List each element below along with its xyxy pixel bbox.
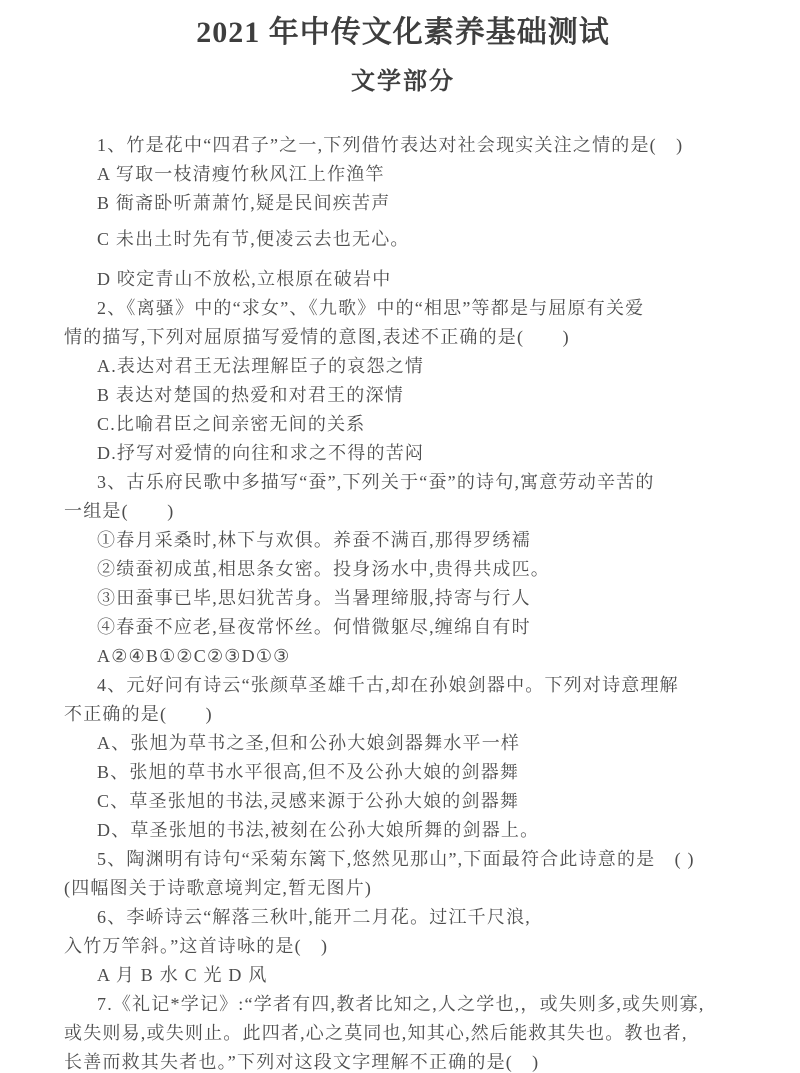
question-1-stem: 1、竹是花中“四君子”之一,下列借竹表达对社会现实关注之情的是( ) xyxy=(64,131,742,160)
document-page: 2021 年中传文化素养基础测试 文学部分 1、竹是花中“四君子”之一,下列借竹… xyxy=(0,0,800,1073)
question-4-stem-line-1: 4、元好问有诗云“张颜草圣雄千古,却在孙娘剑器中。下列对诗意理解 xyxy=(64,671,742,700)
question-6: 6、李峤诗云“解落三秋叶,能开二月花。过江千尺浪, 入竹万竿斜。”这首诗咏的是(… xyxy=(64,903,742,990)
question-4-option-a: A、张旭为草书之圣,但和公孙大娘剑器舞水平一样 xyxy=(64,729,742,758)
question-2-option-a: A.表达对君王无法理解臣子的哀怨之情 xyxy=(64,352,742,381)
section-title: 文学部分 xyxy=(64,67,742,97)
question-4-option-d: D、草圣张旭的书法,被刻在公孙大娘所舞的剑器上。 xyxy=(64,816,742,845)
question-2: 2、《离骚》中的“求女”、《九歌》中的“相思”等都是与屈原有关爱 情的描写,下列… xyxy=(64,294,742,468)
question-2-stem-line-2: 情的描写,下列对屈原描写爱情的意图,表述不正确的是( ) xyxy=(64,323,742,352)
question-3-item-3: ③田蚕事已毕,思妇犹苦身。当暑理缔服,持寄与行人 xyxy=(64,584,742,613)
question-list: 1、竹是花中“四君子”之一,下列借竹表达对社会现实关注之情的是( ) A 写取一… xyxy=(64,131,742,1073)
question-3-stem-line-1: 3、古乐府民歌中多描写“蚕”,下列关于“蚕”的诗句,寓意劳动辛苦的 xyxy=(64,468,742,497)
question-6-stem-line-1: 6、李峤诗云“解落三秋叶,能开二月花。过江千尺浪, xyxy=(64,903,742,932)
question-1-option-b: B 衙斋卧听萧萧竹,疑是民间疾苦声 xyxy=(64,189,742,218)
question-5: 5、陶渊明有诗句“采菊东篱下,悠然见那山”,下面最符合此诗意的是 ( ) (四幅… xyxy=(64,845,742,903)
question-4-option-b: B、张旭的草书水平很高,但不及公孙大娘的剑器舞 xyxy=(64,758,742,787)
question-3-stem-line-2: 一组是( ) xyxy=(64,497,742,526)
question-7-stem-line-2: 或失则易,或失则止。此四者,心之莫同也,知其心,然后能救其失也。教也者, xyxy=(64,1019,742,1048)
page-title: 2021 年中传文化素养基础测试 xyxy=(64,16,742,50)
question-4: 4、元好问有诗云“张颜草圣雄千古,却在孙娘剑器中。下列对诗意理解 不正确的是( … xyxy=(64,671,742,845)
question-6-stem-line-2: 入竹万竿斜。”这首诗咏的是( ) xyxy=(64,932,742,961)
question-2-option-b: B 表达对楚国的热爱和对君王的深情 xyxy=(64,381,742,410)
question-5-stem: 5、陶渊明有诗句“采菊东篱下,悠然见那山”,下面最符合此诗意的是 ( ) xyxy=(64,845,742,874)
question-6-answer-options: A 月 B 水 C 光 D 风 xyxy=(64,961,742,990)
question-3-item-1: ①春月采桑时,林下与欢俱。养蚕不满百,那得罗绣襦 xyxy=(64,526,742,555)
question-1-option-d: D 咬定青山不放松,立根原在破岩中 xyxy=(64,265,742,294)
question-1: 1、竹是花中“四君子”之一,下列借竹表达对社会现实关注之情的是( ) A 写取一… xyxy=(64,131,742,294)
question-7: 7.《礼记*学记》:“学者有四,教者比知之,人之学也,，或失则多,或失则寡, 或… xyxy=(64,990,742,1073)
question-2-option-d: D.抒写对爱情的向往和求之不得的苦闷 xyxy=(64,439,742,468)
question-1-option-a: A 写取一枝清瘦竹秋风江上作渔竿 xyxy=(64,160,742,189)
question-3-answer-options: A②④B①②C②③D①③ xyxy=(64,642,742,671)
question-1-option-c: C 未出土时先有节,便凌云去也无心。 xyxy=(64,225,742,254)
question-7-stem-line-1: 7.《礼记*学记》:“学者有四,教者比知之,人之学也,，或失则多,或失则寡, xyxy=(64,990,742,1019)
question-7-stem-line-3: 长善而救其失者也。”下列对这段文字理解不正确的是( ) xyxy=(64,1048,742,1073)
question-2-stem-line-1: 2、《离骚》中的“求女”、《九歌》中的“相思”等都是与屈原有关爱 xyxy=(64,294,742,323)
question-3-item-4: ④春蚕不应老,昼夜常怀丝。何惜微躯尽,缠绵自有时 xyxy=(64,613,742,642)
question-5-note: (四幅图关于诗歌意境判定,暂无图片) xyxy=(64,874,742,903)
question-4-option-c: C、草圣张旭的书法,灵感来源于公孙大娘的剑器舞 xyxy=(64,787,742,816)
question-3: 3、古乐府民歌中多描写“蚕”,下列关于“蚕”的诗句,寓意劳动辛苦的 一组是( )… xyxy=(64,468,742,671)
question-3-item-2: ②绩蚕初成茧,相思条女密。投身汤水中,贵得共成匹。 xyxy=(64,555,742,584)
question-2-option-c: C.比喻君臣之间亲密无间的关系 xyxy=(64,410,742,439)
question-4-stem-line-2: 不正确的是( ) xyxy=(64,700,742,729)
